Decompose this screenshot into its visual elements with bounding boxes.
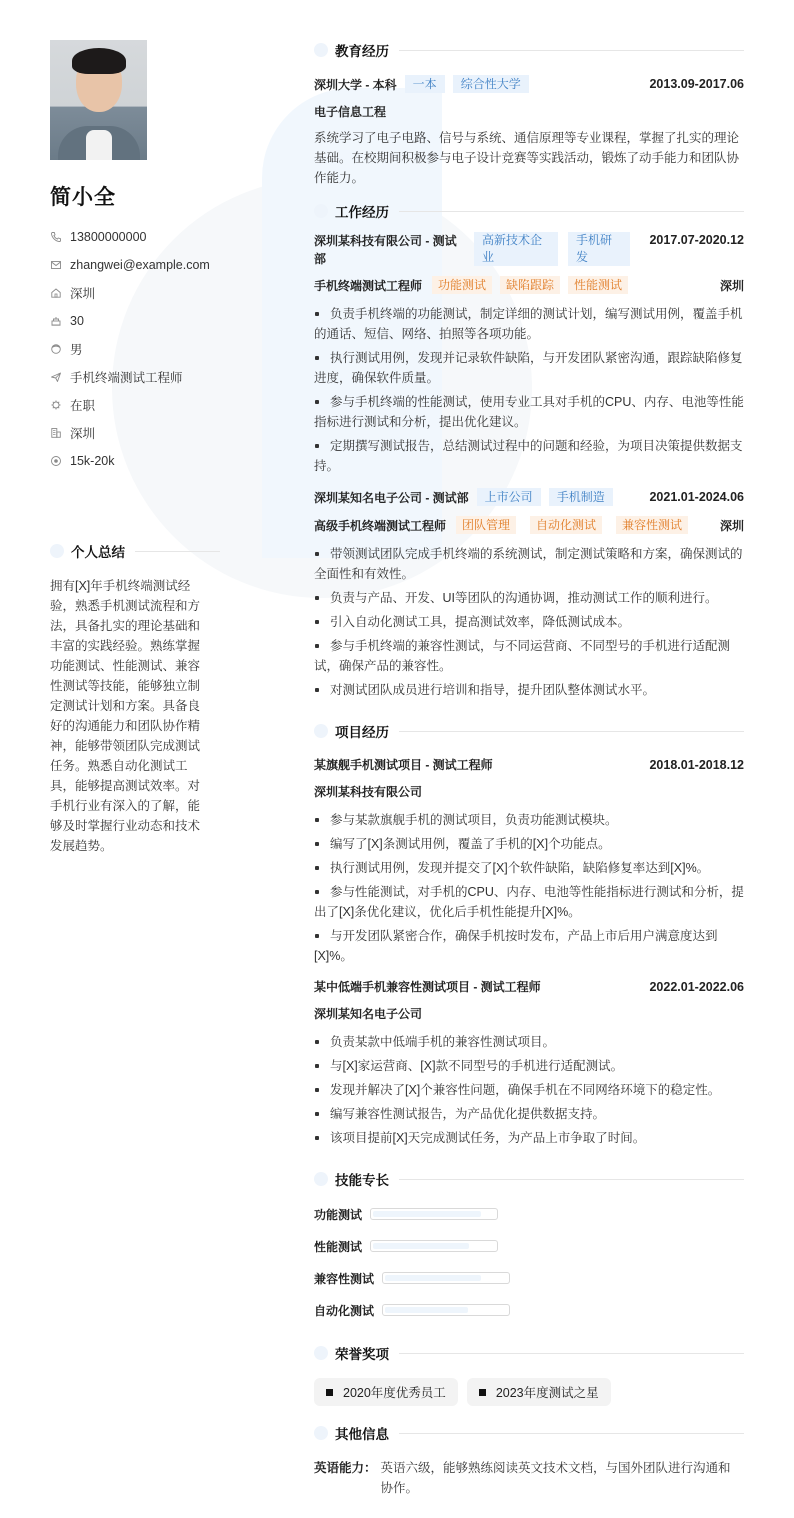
skill-item: 兼容性测试 xyxy=(314,1262,744,1294)
section-bullet-icon xyxy=(314,43,328,57)
award-chip: 2020年度优秀员工 xyxy=(314,1378,458,1406)
company-tag: 手机制造 xyxy=(549,488,613,506)
skill-progress-fill xyxy=(385,1275,481,1281)
project-bullet: 参与性能测试，对手机的CPU、内存、电池等性能指标进行测试和分析，提出了[X]条… xyxy=(314,882,744,922)
company-tag: 高新技术企业 xyxy=(474,232,558,266)
skill-label: 性能测试 xyxy=(314,1238,362,1255)
project-date: 2022.01-2022.06 xyxy=(649,980,744,994)
skill-label: 自动化测试 xyxy=(314,1302,374,1319)
project-date: 2018.01-2018.12 xyxy=(649,758,744,772)
other-info-label: 英语能力： xyxy=(314,1458,377,1498)
main-content: 教育经历 深圳大学 - 本科 一本 综合性大学 2013.09-2017.06 … xyxy=(314,39,744,1498)
skill-label: 兼容性测试 xyxy=(314,1270,374,1287)
age-text: 30 xyxy=(70,314,84,328)
project-company: 深圳某知名电子公司 xyxy=(314,1005,744,1022)
contact-info-list: 13800000000 zhangwei@example.com 深圳 30 xyxy=(50,223,220,475)
section-header-work: 工作经历 xyxy=(314,200,744,222)
mail-icon xyxy=(50,259,62,271)
project-company: 深圳某科技有限公司 xyxy=(314,783,744,800)
location-text: 深圳 xyxy=(70,284,95,302)
job-role-row: 手机终端测试工程师 功能测试 缺陷跟踪 性能测试 深圳 xyxy=(314,276,744,294)
status-icon xyxy=(50,399,62,411)
section-divider xyxy=(399,1353,744,1354)
job-entry: 深圳某科技有限公司 - 测试部 高新技术企业 手机研发 2017.07-2020… xyxy=(314,232,744,476)
send-icon xyxy=(50,371,62,383)
section-title: 个人总结 xyxy=(71,541,125,561)
job-entry: 深圳某知名电子公司 - 测试部 上市公司 手机制造 2021.01-2024.0… xyxy=(314,488,744,700)
project-bullet: 编写了[X]条测试用例，覆盖了手机的[X]个功能点。 xyxy=(314,834,744,854)
info-item-gender: 男 xyxy=(50,335,220,363)
section-title: 教育经历 xyxy=(335,40,389,60)
skill-progress-bar xyxy=(370,1208,498,1220)
company-name: 深圳某知名电子公司 - 测试部 xyxy=(314,489,469,506)
info-item-location: 深圳 xyxy=(50,279,220,307)
project-entry: 某中低端手机兼容性测试项目 - 测试工程师 2022.01-2022.06 深圳… xyxy=(314,978,744,1148)
project-bullet: 发现并解决了[X]个兼容性问题，确保手机在不同网络环境下的稳定性。 xyxy=(314,1080,744,1100)
awards-list: 2020年度优秀员工 2023年度测试之星 xyxy=(314,1378,744,1406)
avatar-photo xyxy=(50,40,147,160)
award-chip: 2023年度测试之星 xyxy=(467,1378,611,1406)
role-tag: 功能测试 xyxy=(432,276,492,294)
job-bullet: 对测试团队成员进行培训和指导，提升团队整体测试水平。 xyxy=(314,680,744,700)
section-divider xyxy=(399,211,744,212)
project-entry: 某旗舰手机测试项目 - 测试工程师 2018.01-2018.12 深圳某科技有… xyxy=(314,756,744,966)
job-city: 深圳 xyxy=(720,517,744,534)
job-bullets: 负责手机终端的功能测试，制定详细的测试计划，编写测试用例，覆盖手机的通话、短信、… xyxy=(314,304,744,476)
school-tag: 综合性大学 xyxy=(453,75,529,93)
section-divider xyxy=(399,1179,744,1180)
building-icon xyxy=(50,427,62,439)
job-bullets: 带领测试团队完成手机终端的系统测试，制定测试策略和方案，确保测试的全面性和有效性… xyxy=(314,544,744,700)
candidate-name: 简小全 xyxy=(50,181,220,211)
section-header-other: 其他信息 xyxy=(314,1422,744,1444)
phone-icon xyxy=(50,231,62,243)
home-icon xyxy=(50,287,62,299)
job-role: 手机终端测试工程师 xyxy=(314,277,422,294)
info-item-age: 30 xyxy=(50,307,220,335)
education-row: 深圳大学 - 本科 一本 综合性大学 2013.09-2017.06 xyxy=(314,75,744,93)
avatar-tee xyxy=(86,130,112,160)
skill-progress-bar xyxy=(382,1272,510,1284)
section-header-skills: 技能专长 xyxy=(314,1168,744,1190)
gender-text: 男 xyxy=(70,340,83,358)
job-bullet: 参与手机终端的兼容性测试，与不同运营商、不同型号的手机进行适配测试，确保产品的兼… xyxy=(314,636,744,676)
skill-progress-bar xyxy=(382,1304,510,1316)
skill-item: 性能测试 xyxy=(314,1230,744,1262)
school-tag: 一本 xyxy=(405,75,445,93)
project-name: 某旗舰手机测试项目 - 测试工程师 xyxy=(314,756,493,773)
project-bullet: 该项目提前[X]天完成测试任务，为产品上市争取了时间。 xyxy=(314,1128,744,1148)
section-divider xyxy=(135,551,220,552)
project-bullet: 参与某款旗舰手机的测试项目，负责功能测试模块。 xyxy=(314,810,744,830)
skill-progress-fill xyxy=(385,1307,468,1313)
skill-progress-fill xyxy=(373,1243,469,1249)
salary-icon xyxy=(50,455,62,467)
job-role-row: 高级手机终端测试工程师 团队管理 自动化测试 兼容性测试 深圳 xyxy=(314,516,744,534)
section-title: 其他信息 xyxy=(335,1423,389,1443)
skill-progress-fill xyxy=(373,1211,481,1217)
project-name: 某中低端手机兼容性测试项目 - 测试工程师 xyxy=(314,978,541,995)
job-bullet: 定期撰写测试报告，总结测试过程中的问题和经验，为项目决策提供数据支持。 xyxy=(314,436,744,476)
info-item-job-target: 手机终端测试工程师 xyxy=(50,363,220,391)
section-bullet-icon xyxy=(314,1172,328,1186)
role-tag: 团队管理 xyxy=(456,516,516,534)
job-bullet: 执行测试用例，发现并记录软件缺陷，与开发团队紧密沟通，跟踪缺陷修复进度，确保软件… xyxy=(314,348,744,388)
skills-list: 功能测试 性能测试 兼容性测试 自动化测试 xyxy=(314,1198,744,1326)
award-label: 2023年度测试之星 xyxy=(496,1383,599,1401)
square-bullet-icon xyxy=(326,1389,333,1396)
summary-text: 拥有[X]年手机终端测试经验，熟悉手机测试流程和方法，具备扎实的理论基础和丰富的… xyxy=(50,576,212,856)
company-tag: 上市公司 xyxy=(477,488,541,506)
project-header: 某旗舰手机测试项目 - 测试工程师 2018.01-2018.12 xyxy=(314,756,744,773)
section-header-projects: 项目经历 xyxy=(314,720,744,742)
other-info-value: 英语六级，能够熟练阅读英文技术文档，与国外团队进行沟通和协作。 xyxy=(381,1458,731,1498)
project-bullet: 执行测试用例，发现并提交了[X]个软件缺陷，缺陷修复率达到[X]%。 xyxy=(314,858,744,878)
section-header-education: 教育经历 xyxy=(314,39,744,61)
section-bullet-icon xyxy=(314,1346,328,1360)
phone-number: 13800000000 xyxy=(70,230,146,244)
section-title: 技能专长 xyxy=(335,1169,389,1189)
square-bullet-icon xyxy=(479,1389,486,1396)
project-bullets: 负责某款中低端手机的兼容性测试项目。 与[X]家运营商、[X]款不同型号的手机进… xyxy=(314,1032,744,1148)
section-bullet-icon xyxy=(314,724,328,738)
section-title: 工作经历 xyxy=(335,201,389,221)
work-city-text: 深圳 xyxy=(70,424,95,442)
job-header: 深圳某知名电子公司 - 测试部 上市公司 手机制造 2021.01-2024.0… xyxy=(314,488,744,506)
company-name: 深圳某科技有限公司 - 测试部 xyxy=(314,232,464,268)
project-header: 某中低端手机兼容性测试项目 - 测试工程师 2022.01-2022.06 xyxy=(314,978,744,995)
project-bullet: 负责某款中低端手机的兼容性测试项目。 xyxy=(314,1032,744,1052)
education-description: 系统学习了电子电路、信号与系统、通信原理等专业课程，掌握了扎实的理论基础。在校期… xyxy=(314,128,744,188)
project-bullet: 编写兼容性测试报告，为产品优化提供数据支持。 xyxy=(314,1104,744,1124)
job-bullet: 引入自动化测试工具，提高测试效率，降低测试成本。 xyxy=(314,612,744,632)
job-bullet: 负责手机终端的功能测试，制定详细的测试计划，编写测试用例，覆盖手机的通话、短信、… xyxy=(314,304,744,344)
sidebar-profile: 简小全 13800000000 zhangwei@example.com 深圳 xyxy=(50,40,220,475)
section-header-summary: 个人总结 xyxy=(50,540,220,562)
section-divider xyxy=(399,50,744,51)
project-bullets: 参与某款旗舰手机的测试项目，负责功能测试模块。 编写了[X]条测试用例，覆盖了手… xyxy=(314,810,744,966)
avatar-hair xyxy=(72,48,126,74)
section-title: 项目经历 xyxy=(335,721,389,741)
section-bullet-icon xyxy=(314,1426,328,1440)
role-tag: 缺陷跟踪 xyxy=(500,276,560,294)
status-text: 在职 xyxy=(70,396,95,414)
info-item-email: zhangwei@example.com xyxy=(50,251,220,279)
info-item-status: 在职 xyxy=(50,391,220,419)
job-role: 高级手机终端测试工程师 xyxy=(314,517,446,534)
education-date: 2013.09-2017.06 xyxy=(649,77,744,91)
job-target-text: 手机终端测试工程师 xyxy=(70,368,183,386)
other-info-item: 英语能力： 英语六级，能够熟练阅读英文技术文档，与国外团队进行沟通和协作。 xyxy=(314,1458,744,1498)
salary-text: 15k-20k xyxy=(70,454,114,468)
project-bullet: 与[X]家运营商、[X]款不同型号的手机进行适配测试。 xyxy=(314,1056,744,1076)
company-tag: 手机研发 xyxy=(568,232,630,266)
section-header-awards: 荣誉奖项 xyxy=(314,1342,744,1364)
section-bullet-icon xyxy=(314,204,328,218)
school-name: 深圳大学 - 本科 xyxy=(314,76,397,93)
job-date: 2021.01-2024.06 xyxy=(649,490,744,504)
section-divider xyxy=(399,731,744,732)
job-bullet: 带领测试团队完成手机终端的系统测试，制定测试策略和方案，确保测试的全面性和有效性… xyxy=(314,544,744,584)
job-date: 2017.07-2020.12 xyxy=(649,233,744,247)
skill-progress-bar xyxy=(370,1240,498,1252)
section-divider xyxy=(399,1433,744,1434)
info-item-phone: 13800000000 xyxy=(50,223,220,251)
info-item-work-city: 深圳 xyxy=(50,419,220,447)
skill-label: 功能测试 xyxy=(314,1206,362,1223)
email-address: zhangwei@example.com xyxy=(70,258,210,272)
major-name: 电子信息工程 xyxy=(314,103,744,120)
info-item-salary: 15k-20k xyxy=(50,447,220,475)
job-header: 深圳某科技有限公司 - 测试部 高新技术企业 手机研发 2017.07-2020… xyxy=(314,232,744,268)
section-bullet-icon xyxy=(50,544,64,558)
job-bullet: 负责与产品、开发、UI等团队的沟通协调，推动测试工作的顺利进行。 xyxy=(314,588,744,608)
role-tag: 自动化测试 xyxy=(530,516,602,534)
job-city: 深圳 xyxy=(720,277,744,294)
skill-item: 自动化测试 xyxy=(314,1294,744,1326)
role-tag: 性能测试 xyxy=(568,276,628,294)
section-title: 荣誉奖项 xyxy=(335,1343,389,1363)
role-tag: 兼容性测试 xyxy=(616,516,688,534)
project-bullet: 与开发团队紧密合作，确保手机按时发布，产品上市后用户满意度达到[X]%。 xyxy=(314,926,744,966)
award-label: 2020年度优秀员工 xyxy=(343,1383,446,1401)
skill-item: 功能测试 xyxy=(314,1198,744,1230)
gender-icon xyxy=(50,343,62,355)
job-bullet: 参与手机终端的性能测试，使用专业工具对手机的CPU、内存、电池等性能指标进行测试… xyxy=(314,392,744,432)
age-icon xyxy=(50,315,62,327)
